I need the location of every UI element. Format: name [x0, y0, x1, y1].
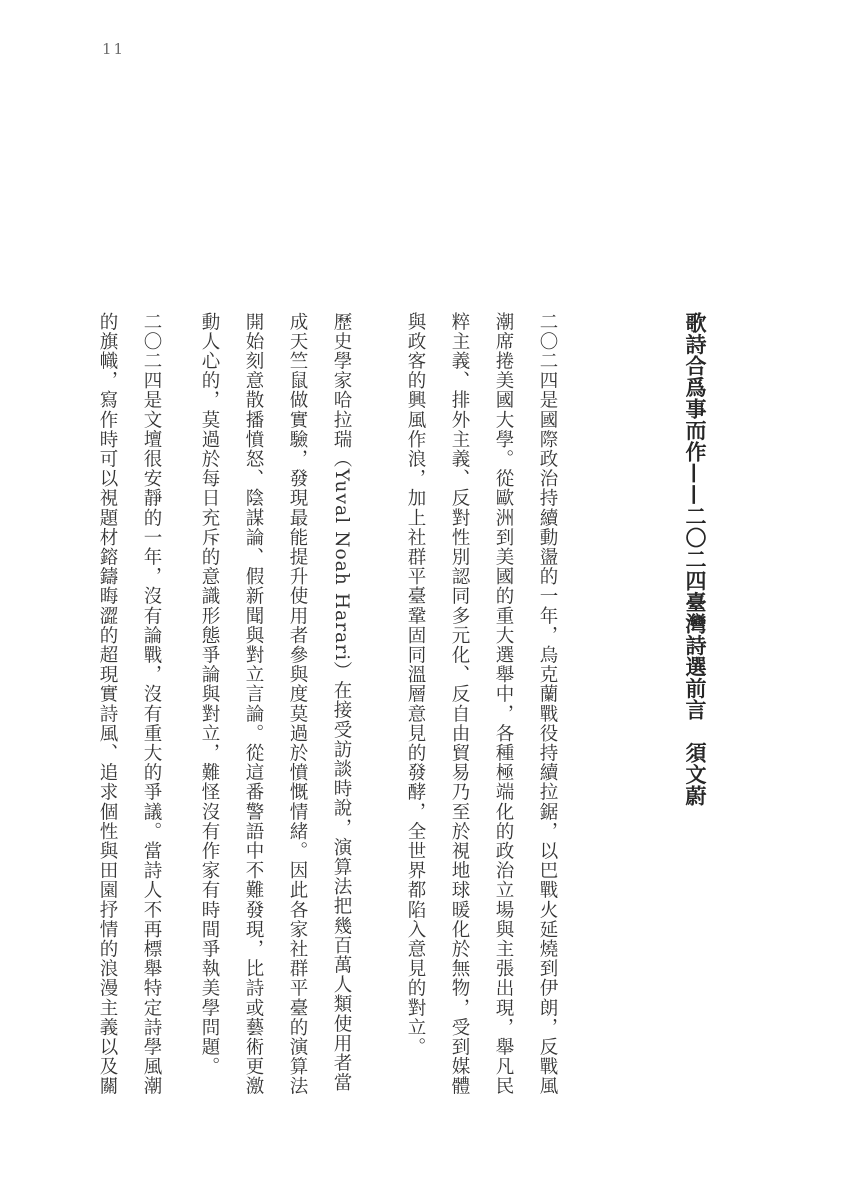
article-title: 歌詩合爲事而作——二〇二四臺灣詩選前言: [683, 312, 708, 721]
article-title-column: 歌詩合爲事而作——二〇二四臺灣詩選前言須文蔚: [673, 312, 717, 1100]
article: 歌詩合爲事而作——二〇二四臺灣詩選前言須文蔚 二〇二四是國際政治持續動盪的一年，…: [85, 312, 717, 1100]
article-body: 二〇二四是國際政治持續動盪的一年，烏克蘭戰役持續拉鋸，以巴戰火延燒到伊朗，反戰風…: [85, 312, 569, 1100]
body-paragraph: 歷史學家哈拉瑞（Yuval Noah Harari）在接受訪談時說，演算法把幾百…: [187, 312, 363, 1100]
page-number: 11: [102, 40, 125, 58]
book-page: 11 歌詩合爲事而作——二〇二四臺灣詩選前言須文蔚 二〇二四是國際政治持續動盪的…: [0, 0, 855, 1200]
article-author: 須文蔚: [673, 742, 717, 807]
body-paragraph: 二〇二四是文壇很安靜的一年，沒有論戰，沒有重大的爭議。當詩人不再標舉特定詩學風潮…: [85, 312, 173, 1100]
body-paragraph: 二〇二四是國際政治持續動盪的一年，烏克蘭戰役持續拉鋸，以巴戰火延燒到伊朗，反戰風…: [393, 312, 569, 1100]
